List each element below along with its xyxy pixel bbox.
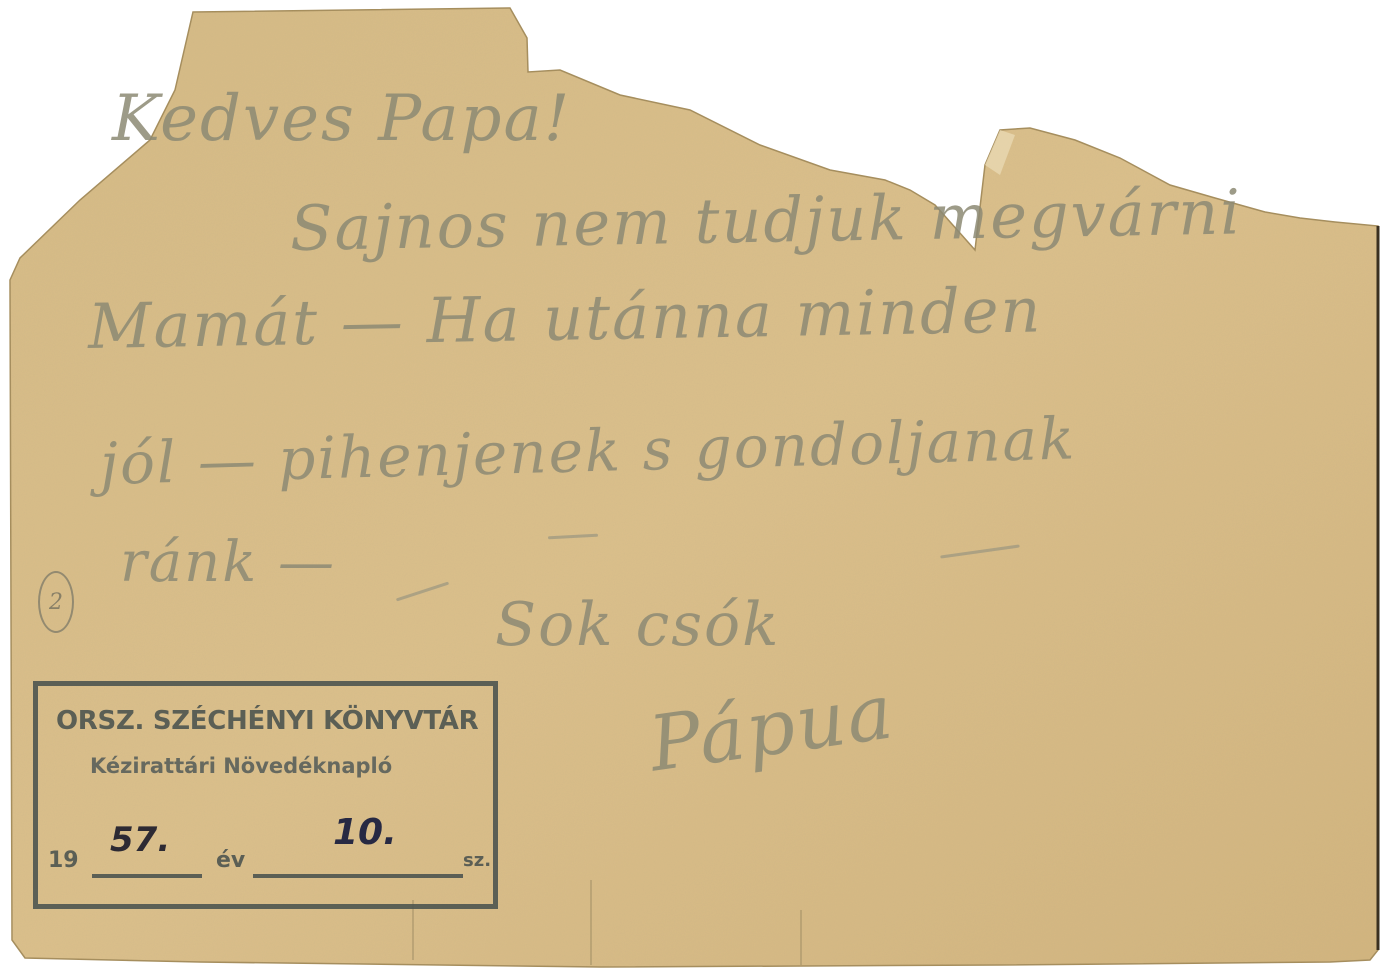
- paper-crease: [800, 910, 802, 965]
- stamp-ev-label: év: [216, 848, 245, 873]
- stamp-sz-label: sz.: [463, 850, 491, 871]
- handwriting-line: ránk —: [120, 530, 336, 595]
- handwriting-salutation: Kedves Papa!: [112, 82, 571, 156]
- page-number: 2: [49, 590, 63, 615]
- stamp-title: ORSZ. SZÉCHÉNYI KÖNYVTÁR: [56, 706, 478, 736]
- paper-crease: [412, 900, 414, 960]
- stamp-year-underline: [92, 874, 202, 878]
- stamp-year-prefix: 19: [48, 848, 79, 873]
- stamp-number-underline: [253, 874, 463, 878]
- library-accession-stamp: ORSZ. SZÉCHÉNYI KÖNYVTÁR Kézirattári Növ…: [33, 681, 498, 909]
- handwriting-closing: Sok csók: [495, 590, 781, 660]
- paper-crease: [590, 880, 592, 965]
- page-number-mark: 2: [38, 571, 74, 633]
- stamp-number-value: 10.: [333, 812, 397, 853]
- stamp-year-value: 57.: [110, 820, 170, 860]
- stamp-subtitle: Kézirattári Növedéknapló: [90, 754, 392, 778]
- stamp-accession-row: 19 57. év 10. sz.: [48, 826, 488, 886]
- postcard: Kedves Papa! Sajnos nem tudjuk megvárni …: [0, 0, 1385, 978]
